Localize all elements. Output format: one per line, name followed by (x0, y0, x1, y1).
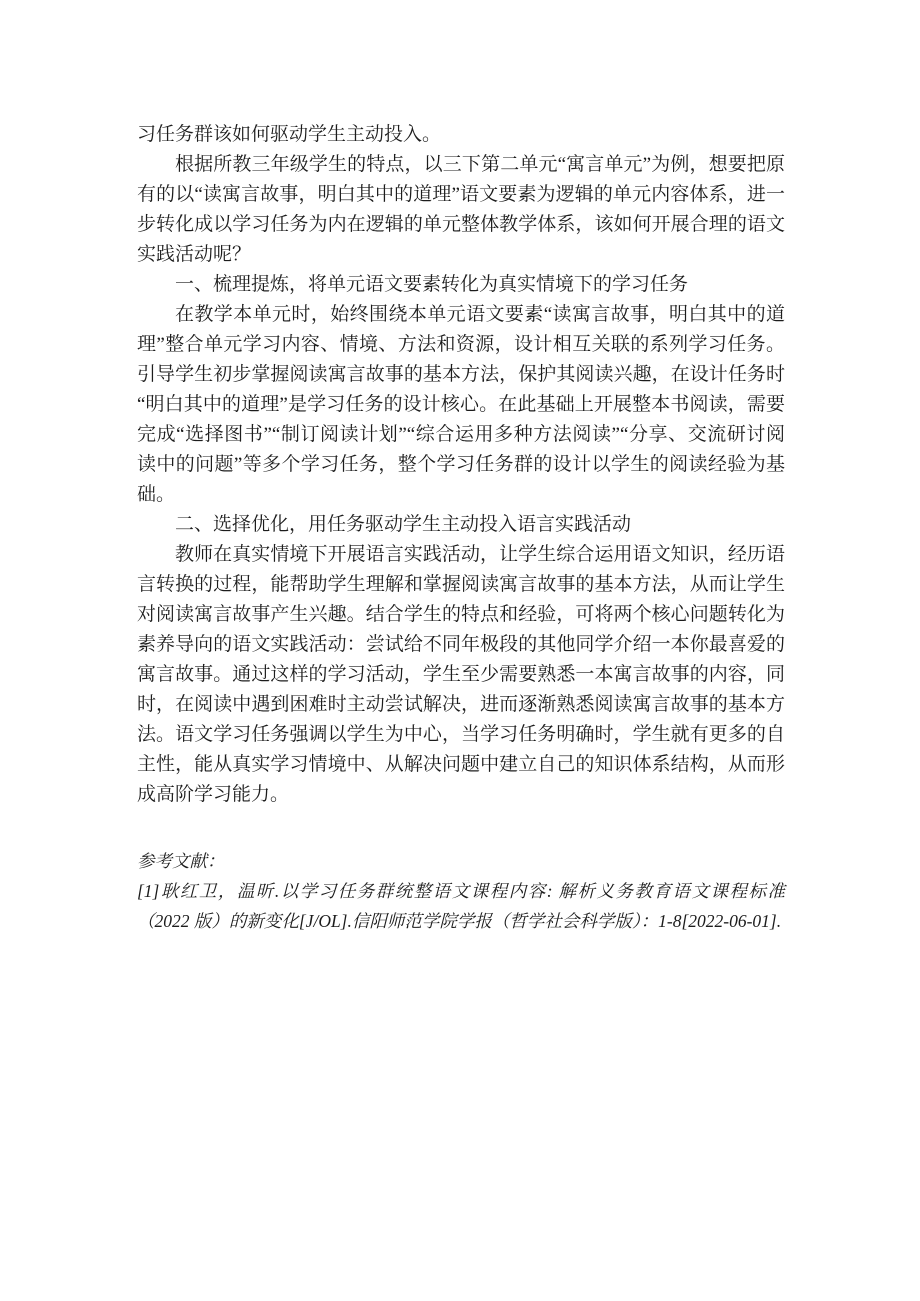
body-paragraph-continuation: 习任务群该如何驱动学生主动投入。 (137, 120, 785, 150)
section-heading-2: 二、选择优化，用任务驱动学生主动投入语言实践活动 (137, 510, 785, 540)
section-heading-1: 一、梳理提炼，将单元语文要素转化为真实情境下的学习任务 (137, 270, 785, 300)
document-content: 习任务群该如何驱动学生主动投入。 根据所教三年级学生的特点，以三下第二单元“寓言… (137, 120, 785, 936)
references-heading: 参考文献： (137, 846, 785, 876)
document-page: 习任务群该如何驱动学生主动投入。 根据所教三年级学生的特点，以三下第二单元“寓言… (0, 0, 920, 1301)
body-paragraph: 根据所教三年级学生的特点，以三下第二单元“寓言单元”为例，想要把原有的以“读寓言… (137, 150, 785, 270)
body-paragraph: 在教学本单元时，始终围绕本单元语文要素“读寓言故事，明白其中的道理”整合单元学习… (137, 300, 785, 510)
reference-entry: [1]耿红卫，温昕.以学习任务群统整语文课程内容: 解析义务教育语文课程标准（2… (137, 876, 785, 936)
references-section: 参考文献： [1]耿红卫，温昕.以学习任务群统整语文课程内容: 解析义务教育语文… (137, 846, 785, 936)
body-paragraph: 教师在真实情境下开展语言实践活动，让学生综合运用语文知识，经历语言转换的过程，能… (137, 540, 785, 810)
